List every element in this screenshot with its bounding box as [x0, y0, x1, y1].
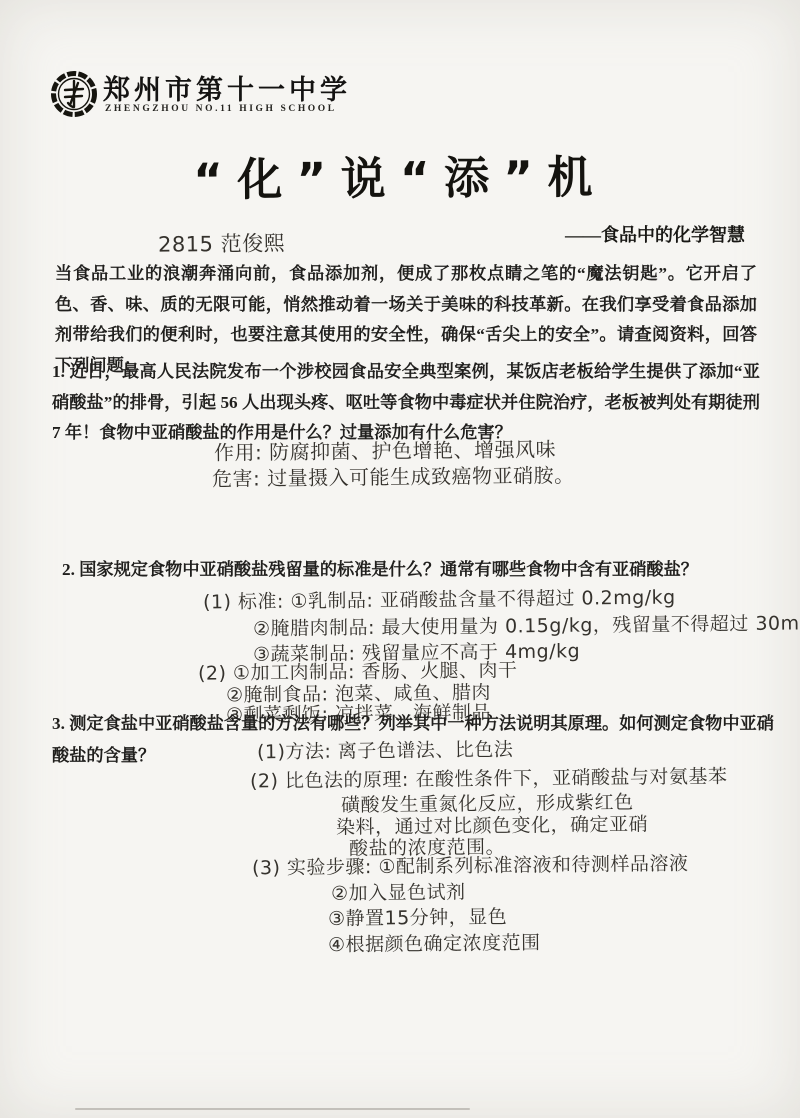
answer-3-line: ②加入显色试剂	[331, 877, 466, 905]
answer-3-line: (3) 实验步骤: ①配制系列标准溶液和待测样品溶液	[252, 849, 689, 881]
school-name-cn: 郑州市第十一中学	[103, 68, 351, 107]
page-subtitle: ——食品中的化学智慧	[565, 221, 745, 247]
scan-edge-line	[75, 1108, 470, 1110]
answer-1-line: 危害: 过量摄入可能生成致癌物亚硝胺。	[212, 459, 575, 492]
question-2-text: 2. 国家规定食物中亚硝酸盐残留量的标准是什么？通常有哪些食物中含有亚硝酸盐？	[62, 555, 762, 586]
scanned-worksheet-page: 郑州市第十一中学 ZHENGZHOU NO.11 HIGH SCHOOL “化”…	[0, 0, 800, 1118]
question-3-text-line2: 酸盐的含量？	[52, 741, 155, 772]
answer-3-line: (1)方法: 离子色谱法、比色法	[257, 735, 514, 765]
student-name-handwritten: 2815 范俊熙	[158, 227, 285, 258]
school-seal-icon	[50, 70, 98, 118]
answer-3-line: ③静置15分钟，显色	[328, 902, 507, 931]
answer-3-line: ④根据颜色确定浓度范围	[328, 928, 541, 957]
page-title: “化”说“添”机	[0, 139, 800, 210]
school-name-en: ZHENGZHOU NO.11 HIGH SCHOOL	[105, 104, 337, 114]
